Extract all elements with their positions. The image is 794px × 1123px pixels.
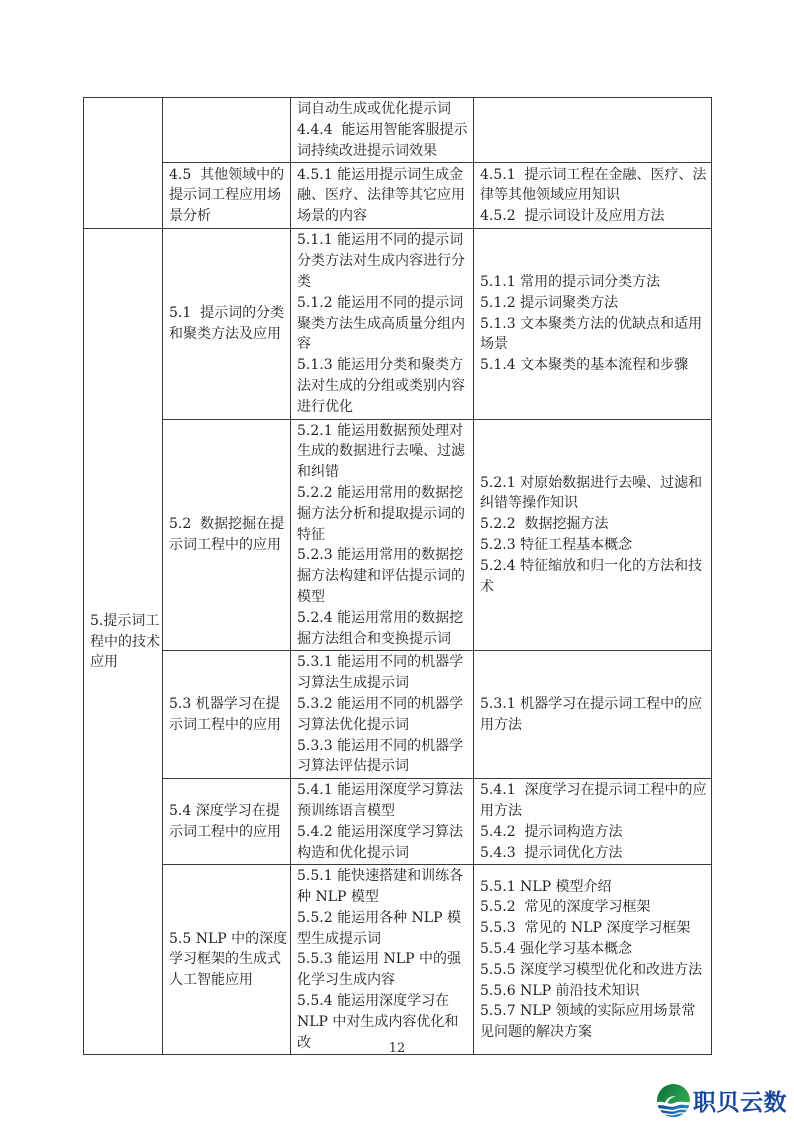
cell-text: 5.2.2 能运用常用的数据挖掘方法分析和提取提示词的特征: [297, 483, 471, 545]
cell-text: 5.2.3 特征工程基本概念: [480, 535, 709, 556]
cell-work: 5.2 数据挖掘在提示词工程中的应用: [163, 419, 291, 651]
cell-text: 5.5.3 常见的 NLP 深度学习框架: [480, 918, 709, 939]
logo-text: 职贝云数: [693, 1084, 787, 1117]
cell-skill: 词自动生成或优化提示词4.4.4 能运用智能客服提示词持续改进提示词效果: [291, 98, 474, 163]
cell-text: 5.3.3 能运用不同的机器学习算法评估提示词: [297, 736, 471, 778]
cell-text: 4.5.1 提示词工程在金融、医疗、法律等其他领域应用知识: [480, 165, 709, 207]
cell-work: 5.1 提示词的分类和聚类方法及应用: [163, 229, 291, 419]
cell-text: 5.3 机器学习在提示词工程中的应用: [169, 694, 288, 736]
cell-text: 4.5 其他领域中的提示词工程应用场景分析: [169, 165, 288, 227]
requirements-table-body: 词自动生成或优化提示词4.4.4 能运用智能客服提示词持续改进提示词效果4.5 …: [84, 98, 712, 1055]
cell-text: 5.1.3 文本聚类方法的优缺点和适用场景: [480, 314, 709, 356]
cell-text: 5.5.2 能运用各种 NLP 模型生成提示词: [297, 908, 471, 950]
cell-text: 5.2.4 特征缩放和归一化的方法和技术: [480, 556, 709, 598]
cell-skill: 5.3.1 能运用不同的机器学习算法生成提示词5.3.2 能运用不同的机器学习算…: [291, 651, 474, 779]
cell-text: 词自动生成或优化提示词: [297, 99, 471, 120]
cell-skill: 5.4.1 能运用深度学习算法预训练语言模型5.4.2 能运用深度学习算法构造和…: [291, 779, 474, 865]
cell-text: 5.5.6 NLP 前沿技术知识: [480, 981, 709, 1002]
table-row: 词自动生成或优化提示词4.4.4 能运用智能客服提示词持续改进提示词效果: [84, 98, 712, 163]
cell-text: 5.提示词工程中的技术应用: [90, 611, 160, 673]
cell-knowledge: [474, 98, 712, 163]
cell-text: 5.4.3 提示词优化方法: [480, 843, 709, 864]
brand-logo: 职贝云数: [656, 1083, 787, 1118]
requirements-table: 词自动生成或优化提示词4.4.4 能运用智能客服提示词持续改进提示词效果4.5 …: [83, 97, 712, 1055]
cell-knowledge: 5.3.1 机器学习在提示词工程中的应用方法: [474, 651, 712, 779]
cell-text: 5.4.1 能运用深度学习算法预训练语言模型: [297, 780, 471, 822]
cell-text: 4.5.2 提示词设计及应用方法: [480, 206, 709, 227]
cell-skill: 5.5.1 能快速搭建和训练各种 NLP 模型5.5.2 能运用各种 NLP 模…: [291, 865, 474, 1055]
cell-skill: 4.5.1 能运用提示词生成金融、医疗、法律等其它应用场景的内容: [291, 163, 474, 229]
cell-text: 5.2.1 能运用数据预处理对生成的数据进行去噪、过滤和纠错: [297, 421, 471, 483]
cell-text: 5.4.2 能运用深度学习算法构造和优化提示词: [297, 822, 471, 864]
cell-text: 5.5.4 强化学习基本概念: [480, 939, 709, 960]
cell-text: 5.3.1 能运用不同的机器学习算法生成提示词: [297, 652, 471, 694]
cell-text: 5.1.4 文本聚类的基本流程和步骤: [480, 355, 709, 376]
cell-text: 5.1.2 提示词聚类方法: [480, 293, 709, 314]
cell-text: 5.2.4 能运用常用的数据挖掘方法组合和变换提示词: [297, 608, 471, 650]
cell-text: 5.2.3 能运用常用的数据挖掘方法构建和评估提示词的模型: [297, 545, 471, 607]
cell-text: 5.4 深度学习在提示词工程中的应用: [169, 801, 288, 843]
cell-text: 5.5 NLP 中的深度学习框架的生成式人工智能应用: [169, 929, 288, 991]
cell-work: [163, 98, 291, 163]
cell-work: 5.3 机器学习在提示词工程中的应用: [163, 651, 291, 779]
cell-skill: 5.2.1 能运用数据预处理对生成的数据进行去噪、过滤和纠错5.2.2 能运用常…: [291, 419, 474, 651]
cell-work: 4.5 其他领域中的提示词工程应用场景分析: [163, 163, 291, 229]
cell-knowledge: 4.5.1 提示词工程在金融、医疗、法律等其他领域应用知识4.5.2 提示词设计…: [474, 163, 712, 229]
cell-knowledge: 5.5.1 NLP 模型介绍5.5.2 常见的深度学习框架5.5.3 常见的 N…: [474, 865, 712, 1055]
table-row: 4.5 其他领域中的提示词工程应用场景分析4.5.1 能运用提示词生成金融、医疗…: [84, 163, 712, 229]
cell-text: 5.1.1 能运用不同的提示词分类方法对生成内容进行分类: [297, 230, 471, 292]
cell-work: 5.4 深度学习在提示词工程中的应用: [163, 779, 291, 865]
cell-text: 5.2.2 数据挖掘方法: [480, 514, 709, 535]
cell-function: 5.提示词工程中的技术应用: [84, 229, 163, 1055]
cell-function: [84, 98, 163, 229]
cell-text: 4.5.1 能运用提示词生成金融、医疗、法律等其它应用场景的内容: [297, 165, 471, 227]
globe-wave-icon: [656, 1083, 691, 1118]
cell-text: 5.1 提示词的分类和聚类方法及应用: [169, 303, 288, 345]
cell-knowledge: 5.1.1 常用的提示词分类方法5.1.2 提示词聚类方法5.1.3 文本聚类方…: [474, 229, 712, 419]
cell-text: 4.4.4 能运用智能客服提示词持续改进提示词效果: [297, 120, 471, 162]
cell-work: 5.5 NLP 中的深度学习框架的生成式人工智能应用: [163, 865, 291, 1055]
cell-text: 5.1.1 常用的提示词分类方法: [480, 272, 709, 293]
table-row: 5.5 NLP 中的深度学习框架的生成式人工智能应用5.5.1 能快速搭建和训练…: [84, 865, 712, 1055]
cell-text: 5.5.7 NLP 领域的实际应用场景常见问题的解决方案: [480, 1001, 709, 1043]
cell-text: 5.5.5 深度学习模型优化和改进方法: [480, 960, 709, 981]
cell-knowledge: 5.4.1 深度学习在提示词工程中的应用方法5.4.2 提示词构造方法5.4.3…: [474, 779, 712, 865]
cell-text: 5.4.2 提示词构造方法: [480, 822, 709, 843]
cell-text: 5.5.3 能运用 NLP 中的强化学习生成内容: [297, 949, 471, 991]
document-page: 词自动生成或优化提示词4.4.4 能运用智能客服提示词持续改进提示词效果4.5 …: [0, 0, 794, 1123]
cell-text: 5.5.1 NLP 模型介绍: [480, 877, 709, 898]
cell-text: 5.1.3 能运用分类和聚类方法对生成的分组或类别内容进行优化: [297, 355, 471, 417]
table-row: 5.4 深度学习在提示词工程中的应用5.4.1 能运用深度学习算法预训练语言模型…: [84, 779, 712, 865]
table-row: 5.2 数据挖掘在提示词工程中的应用5.2.1 能运用数据预处理对生成的数据进行…: [84, 419, 712, 651]
cell-knowledge: 5.2.1 对原始数据进行去噪、过滤和纠错等操作知识5.2.2 数据挖掘方法5.…: [474, 419, 712, 651]
cell-text: 5.1.2 能运用不同的提示词聚类方法生成高质量分组内容: [297, 293, 471, 355]
cell-text: 5.2.1 对原始数据进行去噪、过滤和纠错等操作知识: [480, 473, 709, 515]
cell-text: 5.3.1 机器学习在提示词工程中的应用方法: [480, 694, 709, 736]
page-number: 12: [0, 1041, 794, 1056]
cell-text: 5.4.1 深度学习在提示词工程中的应用方法: [480, 780, 709, 822]
cell-skill: 5.1.1 能运用不同的提示词分类方法对生成内容进行分类5.1.2 能运用不同的…: [291, 229, 474, 419]
cell-text: 5.2 数据挖掘在提示词工程中的应用: [169, 514, 288, 556]
cell-text: 5.5.1 能快速搭建和训练各种 NLP 模型: [297, 866, 471, 908]
cell-text: 5.5.2 常见的深度学习框架: [480, 897, 709, 918]
table-row: 5.提示词工程中的技术应用5.1 提示词的分类和聚类方法及应用5.1.1 能运用…: [84, 229, 712, 419]
table-row: 5.3 机器学习在提示词工程中的应用5.3.1 能运用不同的机器学习算法生成提示…: [84, 651, 712, 779]
cell-text: 5.3.2 能运用不同的机器学习算法优化提示词: [297, 694, 471, 736]
